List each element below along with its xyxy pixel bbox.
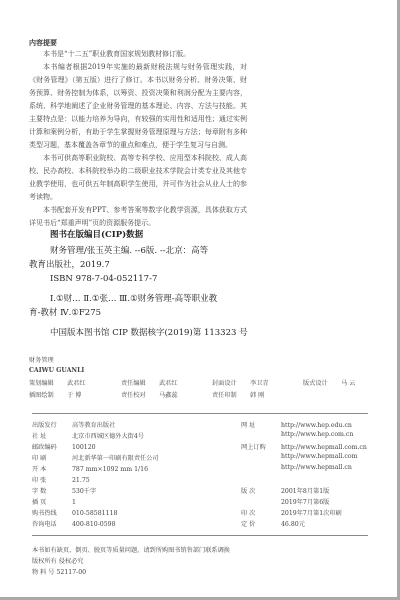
summary-paragraph: 本书可供高等职业院校、高等专科学校、应用型本科院校、成人高校、民办高校、本科院校… <box>29 152 247 204</box>
colophon-row: 网 址http://www.hep.edu.cn <box>241 420 352 429</box>
colophon-row: 社 址北京市西城区德外大街4号 <box>32 431 144 440</box>
copyright-page: 内容提要 本书是“十二五”职业教育国家规划教材修订版。 本书编者根据2019年实… <box>0 0 400 600</box>
colophon-row: 插 页1 <box>32 497 76 506</box>
colophon-row: 邮政编码100120 <box>32 442 96 451</box>
credit-item: 封面设计李卫青 <box>212 378 269 387</box>
cip-line-1: 财务管理/张玉英主编. --6版. --北京：高等 <box>50 245 208 258</box>
colophon-row: 网上订购http://www.hepmall.com.cn <box>241 442 367 451</box>
credit-item: 责任校对马鑫蕊 <box>121 390 178 399</box>
cip-isbn: ISBN 978-7-04-052117-7 <box>50 273 157 286</box>
cip-line-2: 教育出版社，2019.7 <box>29 259 110 272</box>
cip-classification-1: Ⅰ.①财… Ⅱ.①张… Ⅲ.①财务管理-高等职业教 <box>50 293 217 306</box>
colophon-row: 定 价46.80元 <box>241 519 305 528</box>
divider <box>32 535 368 536</box>
summary-paragraph: 本书配套开发有PPT、参考答案等数字化教学资源，具体获取方式详见书后“郑重声明”… <box>29 204 247 230</box>
colophon-row: 印 刷河北新华第一印刷有限责任公司 <box>32 453 159 462</box>
credit-item: 策划编辑武君红 <box>29 378 86 387</box>
colophon-row: http://www.hep.com.cn <box>241 431 353 438</box>
credit-item: 责任编辑武君红 <box>121 378 178 387</box>
colophon-row: 咨询电话400-810-0598 <box>32 519 116 528</box>
cip-classification-2: 育-教材 Ⅳ.①F275 <box>29 307 101 320</box>
book-title: 财务管理 <box>29 355 54 364</box>
summary-title: 内容提要 <box>29 38 57 48</box>
summary-paragraph: 本书编者根据2019年实施的最新财税法规与财务管理实践，对《财务管理》（第五版）… <box>29 61 247 152</box>
colophon-row: http://www.hepmall.cn <box>241 464 352 471</box>
colophon-row: 出版发行高等教育出版社 <box>32 420 115 429</box>
colophon-row: 字 数530千字 <box>32 486 96 495</box>
rights-notice: 版权所有 侵权必究 <box>32 556 83 565</box>
colophon-row: 版 次2001年8月第1版 <box>241 486 329 495</box>
book-title-pinyin: CAIWU GUANLI <box>29 367 84 374</box>
credit-item: 责任印制韩 刚 <box>212 390 264 399</box>
colophon-row: 印 张21.75 <box>32 475 90 484</box>
divider <box>32 413 368 414</box>
quality-notice: 本书如有缺页、倒页、脱页等质量问题，请到所购图书销售部门联系调换 <box>32 545 230 554</box>
colophon-row: 印 次2019年7月第1次印刷 <box>241 508 342 517</box>
cip-title: 图书在版编目(CIP)数据 <box>50 228 143 240</box>
colophon-row: 开 本787 mm×1092 mm 1/16 <box>32 464 148 473</box>
summary-body: 本书是“十二五”职业教育国家规划教材修订版。 本书编者根据2019年实施的最新财… <box>29 48 247 230</box>
cip-record-number: 中国版本图书馆 CIP 数据核字(2019)第 113323 号 <box>50 327 248 340</box>
material-number: 物 料 号 52117-00 <box>32 567 86 576</box>
credit-item: 版式设计马 云 <box>303 378 355 387</box>
colophon-row: http://www.hepmall.com <box>241 453 357 460</box>
colophon-row: 购书热线010-58581118 <box>32 508 117 517</box>
colophon-row: 2019年7月第6版 <box>241 497 329 506</box>
credit-item: 插图绘制于 博 <box>29 390 81 399</box>
summary-paragraph: 本书是“十二五”职业教育国家规划教材修订版。 <box>29 48 247 61</box>
